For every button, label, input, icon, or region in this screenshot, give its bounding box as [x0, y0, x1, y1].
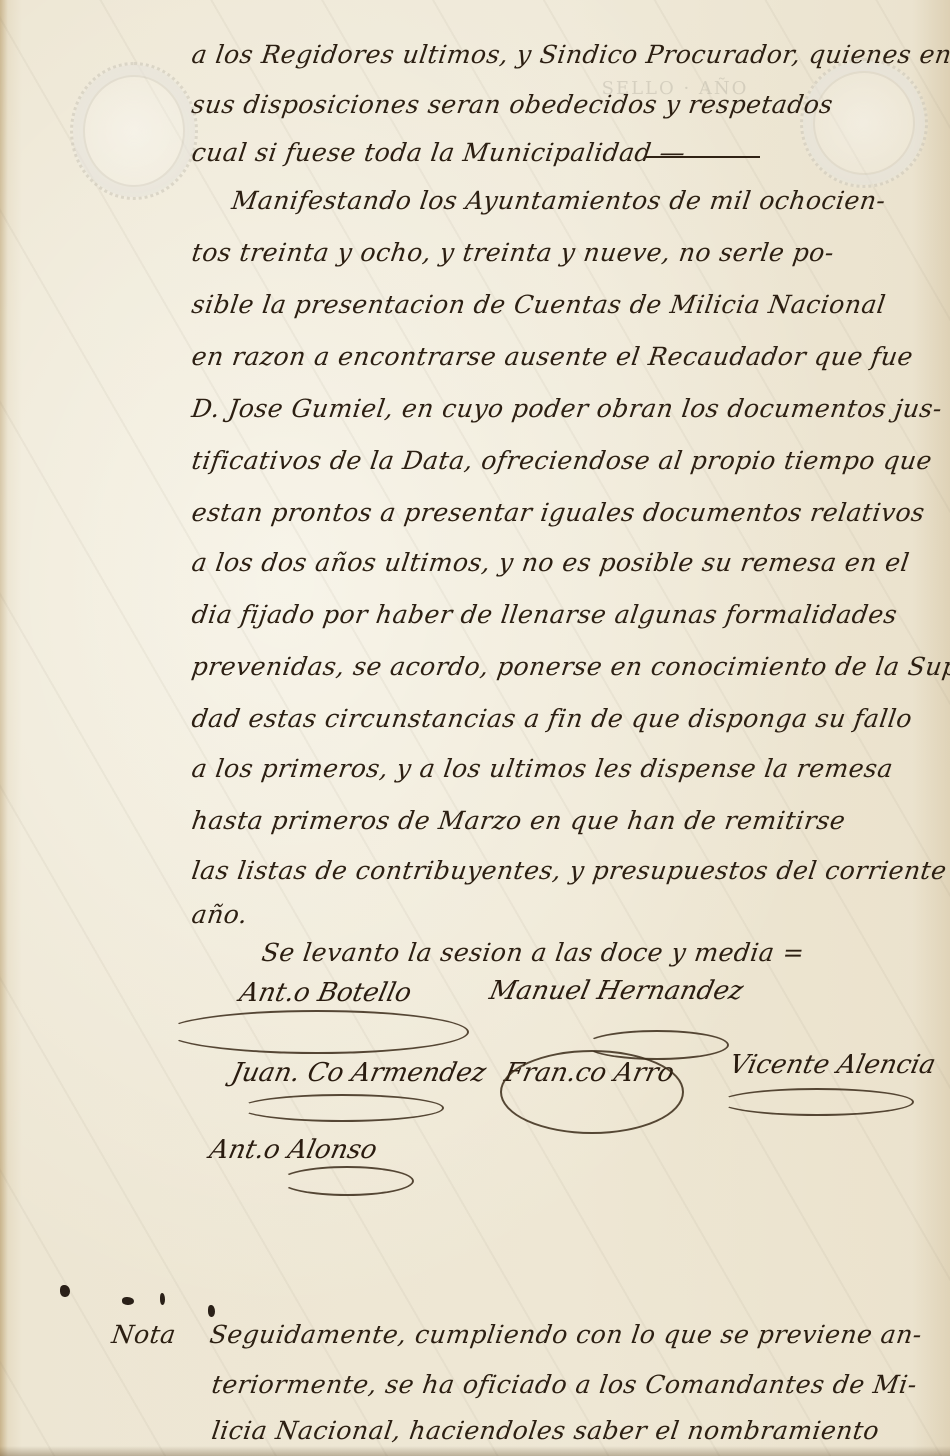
- signature-botello: Ant.o Botello: [237, 978, 414, 1008]
- end-of-paragraph-rule: [645, 156, 760, 158]
- manuscript-page: SELLO · AÑO · a los Regidores ultimos, y…: [0, 0, 950, 1456]
- note-line: teriormente, se ha oficiado a los Comand…: [210, 1370, 919, 1399]
- body-line: a los primeros, y a los ultimos les disp…: [190, 754, 895, 783]
- body-line: Manifestando los Ayuntamientos de mil oc…: [230, 186, 888, 215]
- body-line: dia fijado por haber de llenarse algunas…: [190, 600, 899, 629]
- signature-alencia: Vicente Alencia: [727, 1050, 938, 1080]
- closing-line: Se levanto la sesion a las doce y media …: [260, 938, 807, 967]
- note-label: Nota: [110, 1320, 178, 1349]
- body-line: tificativos de la Data, ofreciendose al …: [190, 446, 934, 475]
- body-line: prevenidas, se acordo, ponerse en conoci…: [190, 652, 950, 681]
- signature-hernandez: Manuel Hernandez: [487, 976, 746, 1006]
- body-line: hasta primeros de Marzo en que han de re…: [190, 806, 847, 835]
- embossed-seal-right-icon: [800, 58, 928, 188]
- body-line: estan prontos a presentar iguales docume…: [190, 498, 927, 527]
- signature-armendez: Juan. Co Armendez: [229, 1058, 489, 1088]
- signature-flourish-icon: [165, 1010, 469, 1054]
- signature-alonso: Ant.o Alonso: [207, 1135, 380, 1165]
- signature-flourish-icon: [240, 1094, 444, 1122]
- body-line: cual si fuese toda la Municipalidad —: [190, 138, 687, 167]
- note-line: licia Nacional, haciendoles saber el nom…: [210, 1416, 881, 1445]
- signature-flourish-icon: [720, 1088, 914, 1116]
- body-line: sus disposiciones seran obedecidos y res…: [190, 90, 835, 119]
- signature-rubric-oval-icon: [500, 1050, 684, 1134]
- body-line: en razon a encontrarse ausente el Recaud…: [190, 342, 915, 371]
- body-line: las listas de contribuyentes, y presupue…: [190, 856, 949, 885]
- body-line: año.: [190, 900, 250, 929]
- embossed-seal-left-icon: [70, 62, 198, 200]
- signature-flourish-icon: [280, 1166, 414, 1196]
- body-line: tos treinta y ocho, y treinta y nueve, n…: [190, 238, 836, 267]
- body-line: dad estas circunstancias a fin de que di…: [190, 704, 914, 733]
- body-line: D. Jose Gumiel, en cuyo poder obran los …: [190, 394, 944, 423]
- body-line: a los Regidores ultimos, y Sindico Procu…: [190, 40, 950, 69]
- body-line: sible la presentacion de Cuentas de Mili…: [190, 290, 888, 319]
- body-line: a los dos años ultimos, y no es posible …: [190, 548, 911, 577]
- note-line: Seguidamente, cumpliendo con lo que se p…: [208, 1320, 924, 1349]
